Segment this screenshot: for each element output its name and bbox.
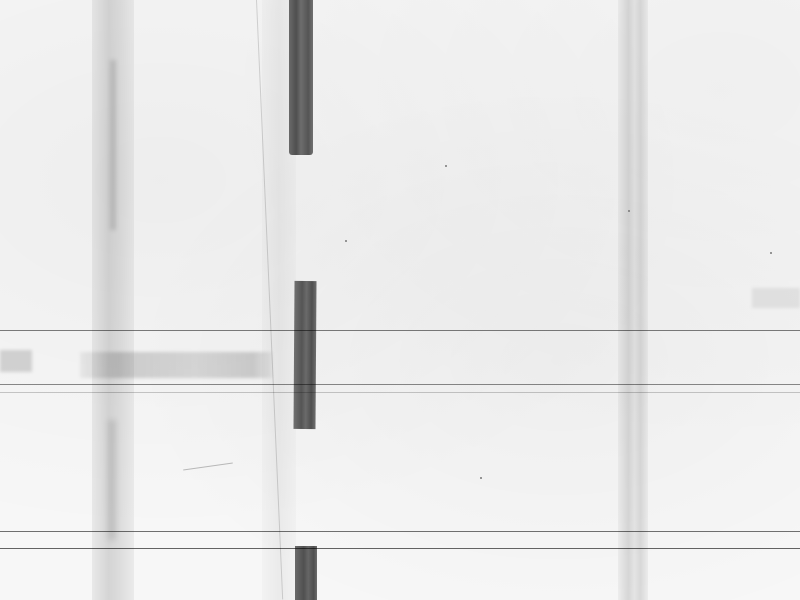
speck xyxy=(445,165,447,167)
dark-vertical-strip-bottom xyxy=(295,546,317,600)
ruled-line xyxy=(0,531,800,532)
faded-vertical-band-right xyxy=(618,0,648,600)
horizontal-smudge-left xyxy=(0,350,32,372)
speck xyxy=(770,252,772,254)
grunge-texture-canvas xyxy=(0,0,800,600)
scratch xyxy=(183,463,233,471)
horizontal-smudge-right xyxy=(752,288,800,308)
dark-vertical-strip-top xyxy=(289,0,313,155)
horizontal-smudge-mid xyxy=(80,352,272,378)
dark-vertical-strip-middle xyxy=(293,281,316,429)
faded-streak xyxy=(110,60,116,230)
ruled-line xyxy=(0,384,800,385)
ruled-line xyxy=(0,392,800,393)
speck xyxy=(480,477,482,479)
faded-streak xyxy=(108,420,116,540)
ruled-line xyxy=(0,330,800,331)
speck xyxy=(628,210,630,212)
ruled-line xyxy=(0,548,800,549)
speck xyxy=(345,240,347,242)
